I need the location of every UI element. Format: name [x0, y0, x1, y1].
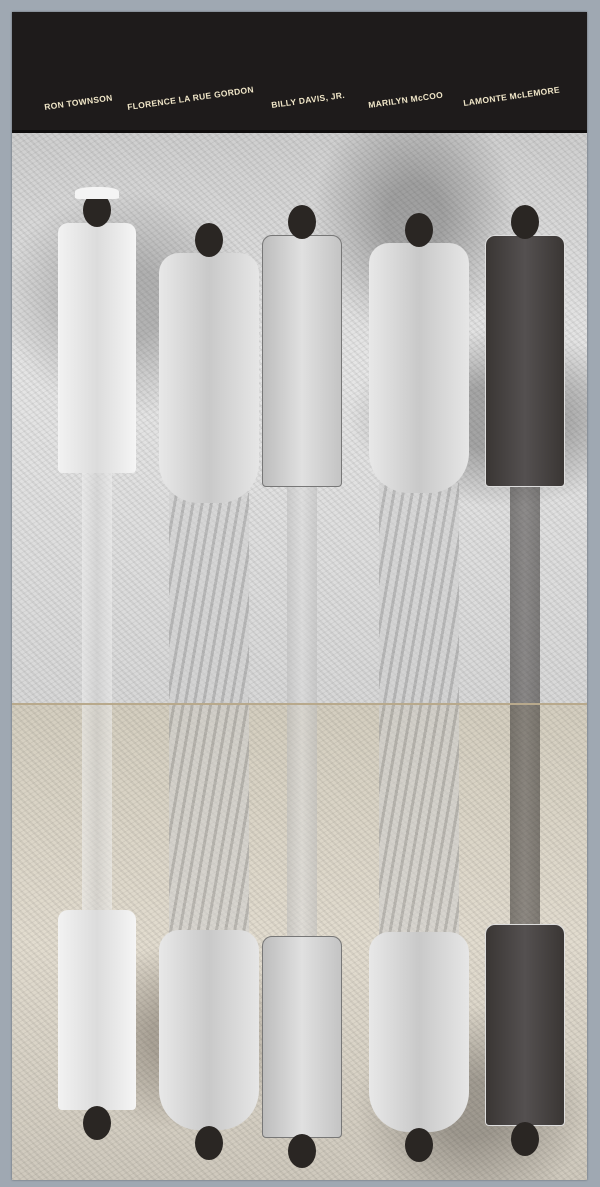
group-photo: [12, 133, 587, 703]
member-name-billy-davis-jr: BILLY DAVIS, JR.: [271, 90, 346, 110]
group-photo-reflection: [12, 705, 587, 1180]
member-name-ron-townson: RON TOWNSON: [44, 93, 114, 112]
name-banner: RON TOWNSON FLORENCE LA RUE GORDON BILLY…: [12, 12, 587, 133]
member-name-lamonte-mclemore: LAMONTE McLEMORE: [463, 85, 561, 108]
member-name-marilyn-mccoo: MARILYN McCOO: [368, 90, 444, 110]
member-name-florence-la-rue-gordon: FLORENCE LA RUE GORDON: [127, 84, 255, 112]
album-sleeve: RON TOWNSON FLORENCE LA RUE GORDON BILLY…: [12, 12, 587, 1180]
